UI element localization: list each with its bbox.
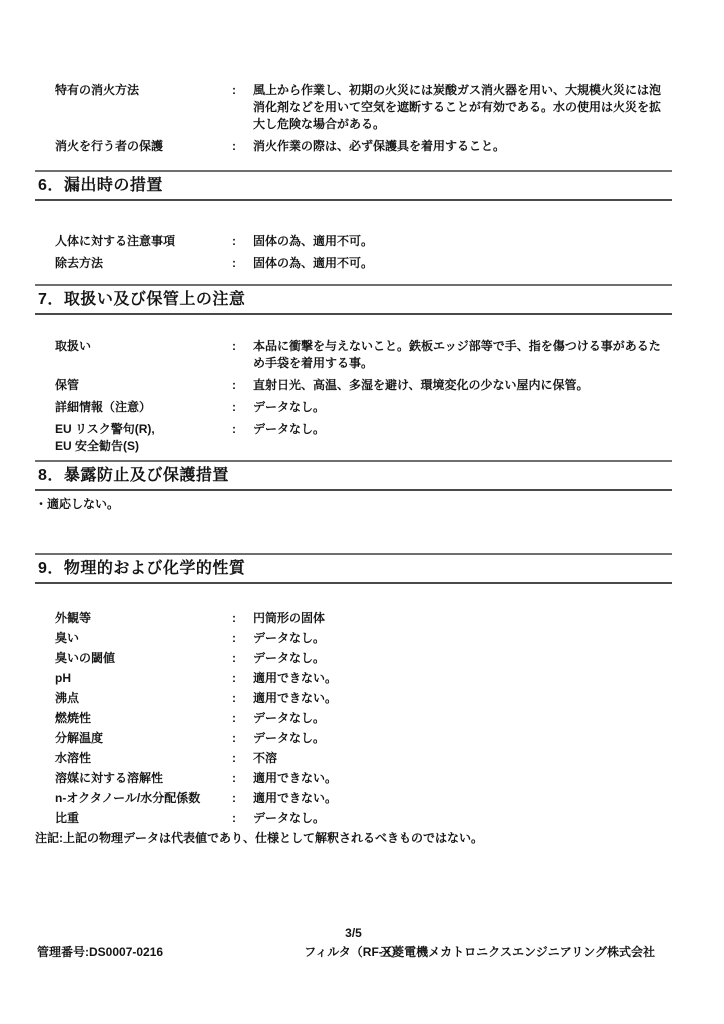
field-label: EU リスク警句(R), EU 安全勧告(S) — [35, 421, 232, 455]
section-9-heading: 9．物理的および化学的性質 — [35, 553, 672, 584]
field-label: 燃焼性 — [35, 710, 232, 727]
field-value: 円筒形の固体 — [253, 610, 672, 627]
field-row: 人体に対する注意事項 : 固体の為、適用不可。 — [35, 233, 672, 250]
field-row: 取扱い : 本品に衝撃を与えないこと。鉄板エッジ部等で手、指を傷つける事があるた… — [35, 338, 672, 372]
colon-separator: : — [232, 690, 253, 707]
page-footer: 3/5 管理番号:DS0007-0216 フィルタ（RF-X） 三菱電機メカトロ… — [35, 925, 672, 960]
field-row: 比重 : データなし。 — [35, 810, 672, 827]
field-label: 分解温度 — [35, 730, 232, 747]
field-label: 取扱い — [35, 338, 232, 355]
field-label: 溶媒に対する溶解性 — [35, 770, 232, 787]
field-row: 特有の消火方法 : 風上から作業し、初期の火災には炭酸ガス消火器を用い、大規模火… — [35, 82, 672, 133]
colon-separator: : — [232, 630, 253, 647]
field-value: 適用できない。 — [253, 770, 672, 787]
field-value: 消火作業の際は、必ず保護具を着用すること。 — [253, 138, 672, 155]
field-row: 溶媒に対する溶解性 : 適用できない。 — [35, 770, 672, 787]
section-8-heading: 8．暴露防止及び保護措置 — [35, 460, 672, 491]
section-8-note: ・適応しない。 — [35, 496, 672, 513]
colon-separator: : — [232, 399, 253, 416]
field-value: データなし。 — [253, 630, 672, 647]
field-label: 臭いの閾値 — [35, 650, 232, 667]
colon-separator: : — [232, 790, 253, 807]
section-7-heading: 7．取扱い及び保管上の注意 — [35, 284, 672, 315]
field-value: 風上から作業し、初期の火災には炭酸ガス消火器を用い、大規模火災には泡消化剤などを… — [253, 82, 672, 133]
section-6-heading: 6．漏出時の措置 — [35, 170, 672, 201]
colon-separator: : — [232, 730, 253, 747]
field-label: 比重 — [35, 810, 232, 827]
field-label: 外観等 — [35, 610, 232, 627]
field-label: n-オクタノール/水分配係数 — [35, 790, 232, 807]
section-9-note: 注記:上記の物理データは代表値であり、仕様として解釈されるべきものではない。 — [35, 830, 672, 847]
field-label: 沸点 — [35, 690, 232, 707]
colon-separator: : — [232, 810, 253, 827]
field-row: 水溶性 : 不溶 — [35, 750, 672, 767]
field-value: データなし。 — [253, 710, 672, 727]
field-row: EU リスク警句(R), EU 安全勧告(S) : データなし。 — [35, 421, 672, 455]
colon-separator: : — [232, 710, 253, 727]
colon-separator: : — [232, 650, 253, 667]
field-value: 不溶 — [253, 750, 672, 767]
field-row: 外観等 : 円筒形の固体 — [35, 610, 672, 627]
field-label: 詳細情報（注意） — [35, 399, 232, 416]
field-row: 燃焼性 : データなし。 — [35, 710, 672, 727]
field-label: 除去方法 — [35, 255, 232, 272]
field-row: 保管 : 直射日光、高温、多湿を避け、環境変化の少ない屋内に保管。 — [35, 377, 672, 394]
field-label: 消火を行う者の保護 — [35, 138, 232, 155]
field-value: 直射日光、高温、多湿を避け、環境変化の少ない屋内に保管。 — [253, 377, 672, 394]
field-label: 臭い — [35, 630, 232, 647]
field-value: 本品に衝撃を与えないこと。鉄板エッジ部等で手、指を傷つける事があるため手袋を着用… — [253, 338, 672, 372]
field-row: 除去方法 : 固体の為、適用不可。 — [35, 255, 672, 272]
field-row: n-オクタノール/水分配係数 : 適用できない。 — [35, 790, 672, 807]
field-value: 固体の為、適用不可。 — [253, 233, 672, 250]
field-row: pH : 適用できない。 — [35, 670, 672, 687]
section-6-rows: 人体に対する注意事項 : 固体の為、適用不可。 除去方法 : 固体の為、適用不可… — [35, 233, 672, 272]
colon-separator: : — [232, 421, 253, 438]
field-row: 臭い : データなし。 — [35, 630, 672, 647]
section-9-rows: 外観等 : 円筒形の固体 臭い : データなし。 臭いの閾値 : データなし。 … — [35, 610, 672, 827]
company-name: 三菱電機メカトロニクスエンジニアリング株式会社 — [380, 944, 655, 960]
colon-separator: : — [232, 338, 253, 355]
colon-separator: : — [232, 750, 253, 767]
colon-separator: : — [232, 233, 253, 250]
colon-separator: : — [232, 82, 253, 99]
footer-row: 管理番号:DS0007-0216 フィルタ（RF-X） 三菱電機メカトロニクスエ… — [35, 944, 672, 960]
colon-separator: : — [232, 377, 253, 394]
colon-separator: : — [232, 138, 253, 155]
field-row: 臭いの閾値 : データなし。 — [35, 650, 672, 667]
sds-document-page: 特有の消火方法 : 風上から作業し、初期の火災には炭酸ガス消火器を用い、大規模火… — [0, 0, 724, 1024]
colon-separator: : — [232, 770, 253, 787]
field-value: 固体の為、適用不可。 — [253, 255, 672, 272]
field-label: pH — [35, 670, 232, 687]
field-row: 分解温度 : データなし。 — [35, 730, 672, 747]
field-row: 沸点 : 適用できない。 — [35, 690, 672, 707]
field-value: 適用できない。 — [253, 670, 672, 687]
field-row: 詳細情報（注意） : データなし。 — [35, 399, 672, 416]
section-7-rows: 取扱い : 本品に衝撃を与えないこと。鉄板エッジ部等で手、指を傷つける事があるた… — [35, 338, 672, 455]
field-label: 人体に対する注意事項 — [35, 233, 232, 250]
field-value: 適用できない。 — [253, 690, 672, 707]
section-firefighting-rows: 特有の消火方法 : 風上から作業し、初期の火災には炭酸ガス消火器を用い、大規模火… — [35, 82, 672, 155]
field-label: 特有の消火方法 — [35, 82, 232, 99]
document-control-number: 管理番号:DS0007-0216 — [37, 944, 163, 960]
field-value: データなし。 — [253, 810, 672, 827]
colon-separator: : — [232, 610, 253, 627]
field-value: データなし。 — [253, 650, 672, 667]
field-value: データなし。 — [253, 399, 672, 416]
field-label: 保管 — [35, 377, 232, 394]
field-value: データなし。 — [253, 421, 672, 438]
field-label: 水溶性 — [35, 750, 232, 767]
field-value: データなし。 — [253, 730, 672, 747]
field-value: 適用できない。 — [253, 790, 672, 807]
colon-separator: : — [232, 670, 253, 687]
field-row: 消火を行う者の保護 : 消火作業の際は、必ず保護具を着用すること。 — [35, 138, 672, 155]
page-number: 3/5 — [35, 925, 672, 941]
colon-separator: : — [232, 255, 253, 272]
